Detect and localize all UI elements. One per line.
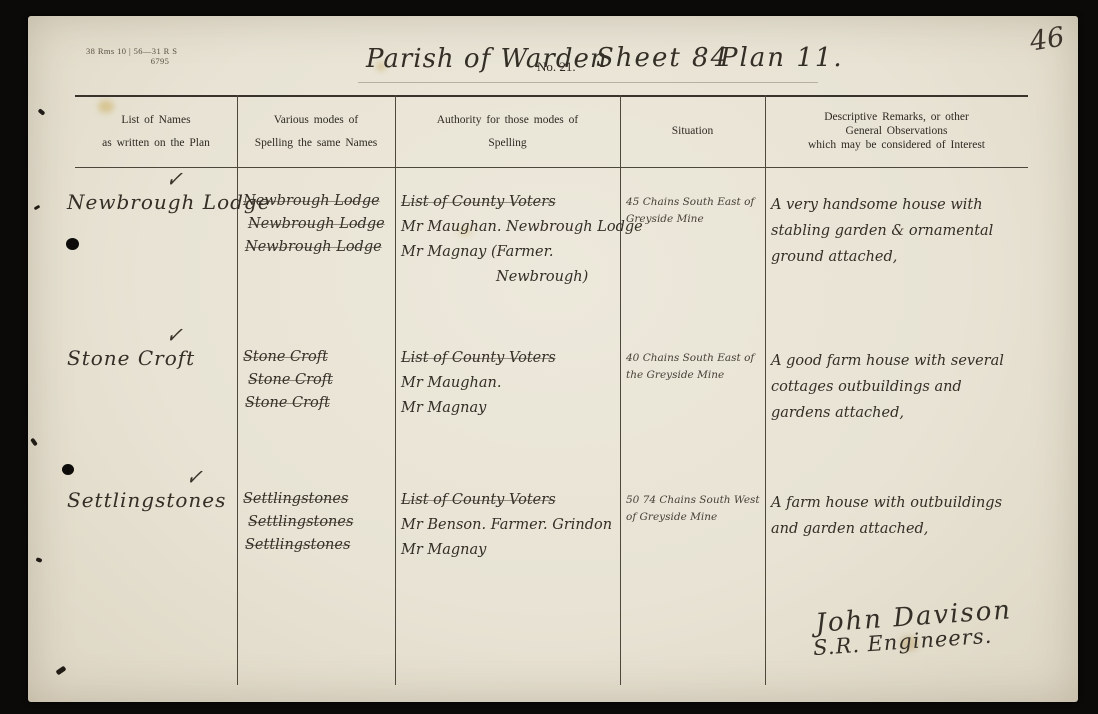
situation-line: of Greyside Mine: [626, 509, 759, 526]
cell-spellings: Newbrough LodgeNewbrough LodgeNewbrough …: [237, 190, 395, 290]
header-line: Descriptive Remarks, or other: [824, 111, 969, 123]
situation-line: 45 Chains South East of: [626, 194, 759, 211]
cell-situation: 40 Chains South East ofthe Greyside Mine: [620, 346, 765, 426]
title-header: Parish of Warden No. 21. Sheet 84 Plan 1…: [28, 36, 1078, 88]
remarks-line: A very handsome house with: [771, 192, 1022, 218]
plan-number-script: Plan 11.: [720, 43, 844, 73]
ink-mark: [38, 108, 46, 116]
table-row: ✓Stone CroftStone CroftStone CroftStone …: [75, 346, 1028, 426]
remarks-line: cottages outbuildings and: [771, 374, 1022, 400]
header-line: Various modes of: [274, 114, 359, 126]
header-line: Authority for those modes of: [437, 114, 579, 126]
spellings-line: Settlingstones: [243, 488, 389, 511]
authority-line: List of County Voters: [401, 346, 614, 371]
cell-authority: List of County VotersMr Benson. Farmer. …: [395, 488, 620, 563]
sheet-number-script: Sheet 84: [596, 43, 729, 73]
ink-mark: [35, 557, 42, 563]
plan-name-text: Settlingstones: [67, 488, 231, 512]
header-line: General Observations: [846, 125, 948, 137]
header-line: which may be considered of Interest: [808, 139, 985, 151]
cell-authority: List of County VotersMr Maughan. Newbrou…: [395, 190, 620, 290]
authority-line: Mr Magnay (Farmer.: [401, 240, 614, 265]
situation-line: 40 Chains South East of: [626, 350, 759, 367]
spellings-line: Newbrough Lodge: [248, 213, 389, 236]
cell-remarks: A farm house with outbuildingsand garden…: [765, 488, 1028, 563]
col-header-authority: Authority for those modes of Spelling: [395, 97, 620, 165]
cell-remarks: A very handsome house withstabling garde…: [765, 190, 1028, 290]
situation-line: Greyside Mine: [626, 211, 759, 228]
table-row: ✓SettlingstonesSettlingstonesSettlingsto…: [75, 488, 1028, 563]
authority-line: List of County Voters: [401, 190, 614, 215]
situation-line: 50 74 Chains South West: [626, 492, 759, 509]
remarks-line: A farm house with outbuildings: [771, 490, 1022, 516]
header-line: as written on the Plan: [102, 137, 210, 149]
plan-name-text: Stone Croft: [67, 346, 231, 370]
plan-name-text: Newbrough Lodge: [67, 190, 231, 214]
authority-line: Mr Maughan.: [401, 371, 614, 396]
spellings-line: Settlingstones: [248, 511, 389, 534]
punch-hole: [62, 464, 74, 475]
table-row: ✓Newbrough LodgeNewbrough LodgeNewbrough…: [75, 190, 1028, 290]
remarks-line: stabling garden & ornamental: [771, 218, 1022, 244]
remarks-line: gardens attached,: [771, 400, 1022, 426]
ink-mark: [34, 205, 41, 211]
scanned-page: 38 Rms 10 | 56—31 R S 6795 46 Parish of …: [0, 0, 1098, 714]
col-header-remarks: Descriptive Remarks, or other General Ob…: [765, 97, 1028, 165]
spellings-line: Stone Croft: [245, 392, 389, 415]
spellings-line: Settlingstones: [245, 534, 389, 557]
authority-line: Mr Magnay: [401, 396, 614, 421]
situation-line: the Greyside Mine: [626, 367, 759, 384]
remarks-line: A good farm house with several: [771, 348, 1022, 374]
cell-plan-name: ✓Settlingstones: [75, 488, 237, 563]
header-line: Spelling the same Names: [255, 137, 378, 149]
cell-plan-name: ✓Stone Croft: [75, 346, 237, 426]
cell-spellings: SettlingstonesSettlingstonesSettlingston…: [237, 488, 395, 563]
cell-situation: 45 Chains South East ofGreyside Mine: [620, 190, 765, 290]
printed-number: No. 21.: [537, 59, 576, 75]
col-header-names: List of Names as written on the Plan: [75, 97, 237, 165]
cell-spellings: Stone CroftStone CroftStone Croft: [237, 346, 395, 426]
spellings-line: Newbrough Lodge: [243, 190, 389, 213]
remarks-line: ground attached,: [771, 244, 1022, 270]
cell-remarks: A good farm house with severalcottages o…: [765, 346, 1028, 426]
cell-authority: List of County VotersMr Maughan.Mr Magna…: [395, 346, 620, 426]
table-header-row: List of Names as written on the Plan Var…: [75, 97, 1028, 165]
ink-mark: [30, 438, 38, 447]
spellings-line: Newbrough Lodge: [245, 236, 389, 259]
authority-line: Mr Magnay: [401, 538, 614, 563]
authority-line: Mr Benson. Farmer. Grindon: [401, 513, 614, 538]
authority-line: Newbrough): [496, 265, 614, 290]
header-line: Spelling: [488, 137, 526, 149]
paper: 38 Rms 10 | 56—31 R S 6795 46 Parish of …: [28, 16, 1078, 702]
spellings-line: Stone Croft: [243, 346, 389, 369]
col-header-situation: Situation: [620, 97, 765, 165]
col-header-spelling-modes: Various modes of Spelling the same Names: [237, 97, 395, 165]
remarks-line: and garden attached,: [771, 516, 1022, 542]
title-rule-line: [358, 82, 818, 83]
authority-line: List of County Voters: [401, 488, 614, 513]
ink-mark: [55, 666, 66, 676]
cell-situation: 50 74 Chains South Westof Greyside Mine: [620, 488, 765, 563]
header-line: Situation: [672, 125, 714, 137]
spellings-line: Stone Croft: [248, 369, 389, 392]
authority-line: Mr Maughan. Newbrough Lodge: [401, 215, 614, 240]
header-line: List of Names: [121, 114, 190, 126]
cell-plan-name: ✓Newbrough Lodge: [75, 190, 237, 290]
